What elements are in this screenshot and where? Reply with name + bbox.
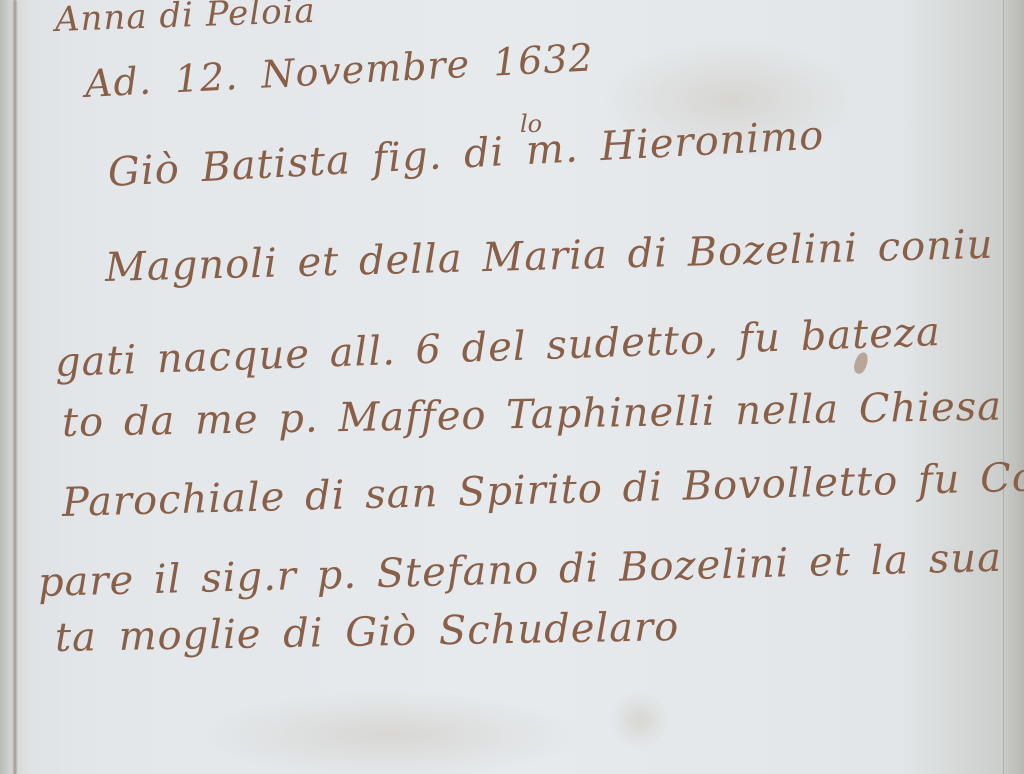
text-line-date: Ad. 12. Novembre 1632 xyxy=(84,35,595,106)
handwritten-entry: Anna di Peloia Ad. 12. Novembre 1632 Giò… xyxy=(0,0,1024,774)
text-line-heading: Anna di Peloia xyxy=(54,0,316,40)
text-line-9: ta moglie di Giò Schudelaro xyxy=(55,604,680,661)
superscript-abbreviation: lo xyxy=(520,110,542,138)
text-line-3: Giò Batista fig. di m. Hieronimo xyxy=(107,113,825,196)
text-line-6: to da me p. Maffeo Taphinelli nella Chie… xyxy=(62,384,1003,446)
text-line-7: Parochiale di san Spirito di Bovolletto … xyxy=(61,453,1024,526)
text-line-5: gati nacque all. 6 del sudetto, fu batez… xyxy=(54,309,941,386)
text-line-4: Magnoli et della Maria di Bozelini coniu xyxy=(104,222,994,291)
manuscript-photo: Anna di Peloia Ad. 12. Novembre 1632 Giò… xyxy=(0,0,1024,774)
text-line-8: pare il sig.r p. Stefano di Bozelini et … xyxy=(37,535,1002,606)
